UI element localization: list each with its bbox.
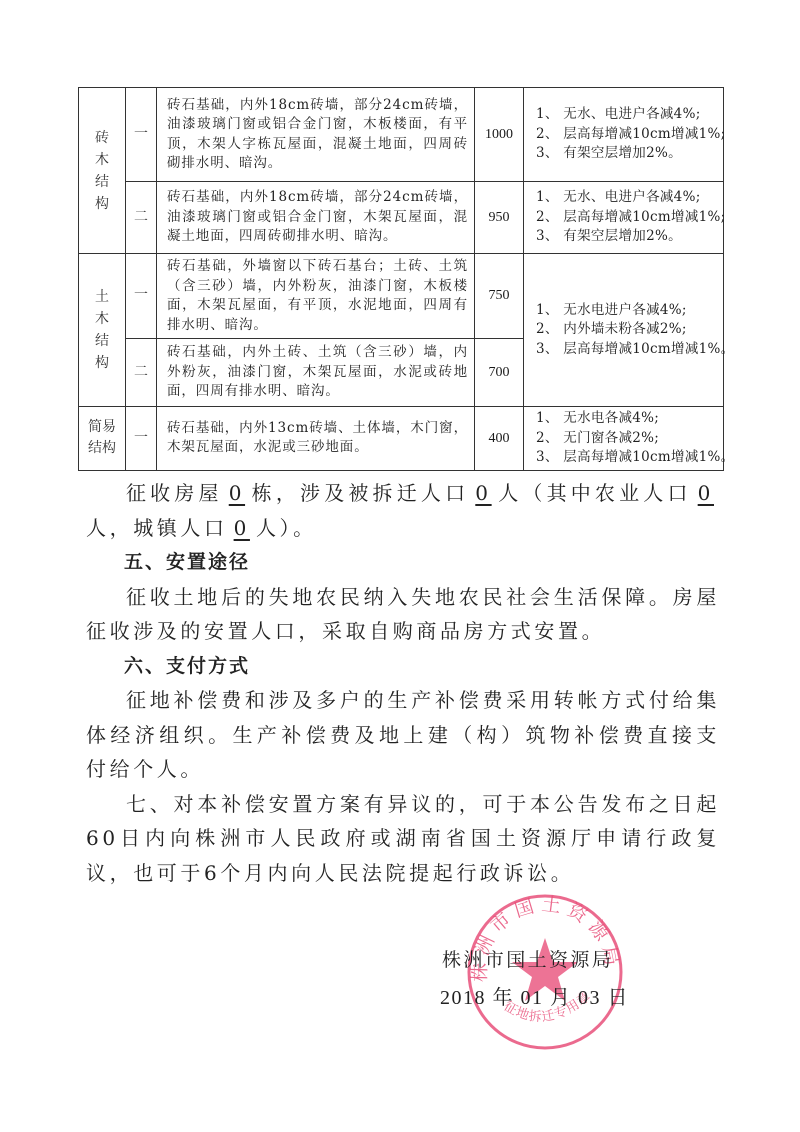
description-cell: 砖石基础，内外18cm砖墙，部分24cm砖墙，油漆玻璃门窗或铝合金门窗，木板楼面…	[157, 88, 475, 182]
signature-date: 2018 年 01 月 03 日	[440, 981, 629, 1010]
price-cell: 950	[475, 182, 524, 254]
price-cell: 750	[475, 254, 524, 339]
note-line: 1、 无水电进户各减4%;	[536, 301, 719, 321]
note-line: 3、 有架空层增加2%。	[536, 144, 719, 164]
note-line: 2、 层高每增减10cm增减1%;	[536, 125, 719, 145]
note-line: 2、 层高每增减10cm增减1%;	[536, 208, 719, 228]
structure-char: 砖	[95, 130, 109, 146]
section-five-heading: 五、安置途径	[86, 545, 720, 580]
notes-cell: 1、 无水、电进户各减4%; 2、 层高每增减10cm增减1%; 3、 有架空层…	[524, 88, 724, 182]
structure-line: 简易	[88, 419, 116, 435]
section-six-body: 征地补偿费和涉及多户的生产补偿费采用转帐方式付给集体经济组织。生产补偿费及地上建…	[86, 683, 720, 787]
note-line: 3、 层高每增减10cm增减1%。	[536, 448, 719, 468]
text-fragment: 征收房屋	[126, 481, 223, 505]
note-line: 1、 无水、电进户各减4%;	[536, 188, 719, 208]
structure-char: 构	[95, 196, 109, 212]
note-line: 1、 无水、电进户各减4%;	[536, 105, 719, 125]
structure-label: 土 木 结 构	[94, 286, 109, 374]
structure-char: 木	[95, 311, 109, 327]
section-five-body: 征收土地后的失地农民纳入失地农民社会生活保障。房屋征收涉及的安置人口，采取自购商…	[86, 580, 720, 649]
price-cell: 400	[475, 407, 524, 471]
structure-char: 结	[95, 333, 109, 349]
note-line: 3、 有架空层增加2%。	[536, 227, 719, 247]
structure-line: 结构	[88, 440, 116, 456]
compensation-table: 砖 木 结 构 一 砖石基础，内外18cm砖墙，部分24cm砖墙，油漆玻璃门窗或…	[78, 87, 724, 471]
people-count: 0	[469, 481, 497, 505]
structure-cell-simple: 简易 结构	[79, 407, 126, 471]
grade-cell: 一	[126, 254, 157, 339]
structure-cell-earth-wood: 土 木 结 构	[79, 254, 126, 407]
note-line: 2、 内外墙未粉各减2%;	[536, 320, 719, 340]
text-fragment: 人（其中农业人口	[498, 481, 692, 505]
urban-count: 0	[228, 516, 256, 540]
text-fragment: 栋，涉及被拆迁人口	[251, 481, 469, 505]
body-text: 征收房屋0栋，涉及被拆迁人口0人（其中农业人口0人，城镇人口0人）。 五、安置途…	[86, 476, 720, 890]
structure-label: 简易 结构	[86, 417, 118, 459]
structure-char: 构	[95, 355, 109, 371]
structure-cell-brick-wood: 砖 木 结 构	[79, 88, 126, 254]
official-seal-stamp: 株洲市国土资源局 征地拆迁专用章	[463, 890, 627, 1054]
table-row: 二 砖石基础，内外18cm砖墙，部分24cm砖墙，油漆玻璃门窗或铝合金门窗，木架…	[79, 182, 724, 254]
notes-cell: 1、 无水、电进户各减4%; 2、 层高每增减10cm增减1%; 3、 有架空层…	[524, 182, 724, 254]
agricultural-count: 0	[692, 481, 720, 505]
description-cell: 砖石基础，外墙窗以下砖石基台；土砖、土筑（含三砂）墙，内外粉灰，油漆门窗，木板楼…	[157, 254, 475, 339]
notes-cell: 1、 无水电各减4%; 2、 无门窗各减2%; 3、 层高每增减10cm增减1%…	[524, 407, 724, 471]
grade-cell: 二	[126, 339, 157, 407]
description-cell: 砖石基础，内外13cm砖墙、土体墙，木门窗，木架瓦屋面，水泥或三砂地面。	[157, 407, 475, 471]
table-row: 土 木 结 构 一 砖石基础，外墙窗以下砖石基台；土砖、土筑（含三砂）墙，内外粉…	[79, 254, 724, 339]
structure-char: 木	[95, 152, 109, 168]
houses-count: 0	[223, 481, 251, 505]
signature-organization: 株洲市国土资源局	[442, 945, 613, 972]
compensation-table-container: 砖 木 结 构 一 砖石基础，内外18cm砖墙，部分24cm砖墙，油漆玻璃门窗或…	[78, 87, 723, 471]
text-fragment: 人）。	[256, 516, 317, 540]
note-line: 1、 无水电各减4%;	[536, 409, 719, 429]
grade-cell: 一	[126, 407, 157, 471]
grade-cell: 一	[126, 88, 157, 182]
table-row: 砖 木 结 构 一 砖石基础，内外18cm砖墙，部分24cm砖墙，油漆玻璃门窗或…	[79, 88, 724, 182]
price-cell: 700	[475, 339, 524, 407]
notes-cell-shared: 1、 无水电进户各减4%; 2、 内外墙未粉各减2%; 3、 层高每增减10cm…	[524, 254, 724, 407]
text-fragment: 人，城镇人口	[86, 516, 228, 540]
structure-char: 土	[95, 289, 109, 305]
note-line: 3、 层高每增减10cm增减1%。	[536, 340, 719, 360]
note-line: 2、 无门窗各减2%;	[536, 429, 719, 449]
housing-summary: 征收房屋0栋，涉及被拆迁人口0人（其中农业人口0人，城镇人口0人）。	[86, 476, 720, 545]
structure-char: 结	[95, 174, 109, 190]
structure-label: 砖 木 结 构	[94, 127, 109, 215]
price-cell: 1000	[475, 88, 524, 182]
table-row: 简易 结构 一 砖石基础，内外13cm砖墙、土体墙，木门窗，木架瓦屋面，水泥或三…	[79, 407, 724, 471]
section-six-heading: 六、支付方式	[86, 649, 720, 684]
description-cell: 砖石基础，内外18cm砖墙，部分24cm砖墙，油漆玻璃门窗或铝合金门窗，木架瓦屋…	[157, 182, 475, 254]
description-cell: 砖石基础，内外土砖、土筑（含三砂）墙，内外粉灰，油漆门窗，木架瓦屋面，水泥或砖地…	[157, 339, 475, 407]
grade-cell: 二	[126, 182, 157, 254]
section-seven-body: 七、对本补偿安置方案有异议的，可于本公告发布之日起60日内向株洲市人民政府或湖南…	[86, 787, 720, 891]
